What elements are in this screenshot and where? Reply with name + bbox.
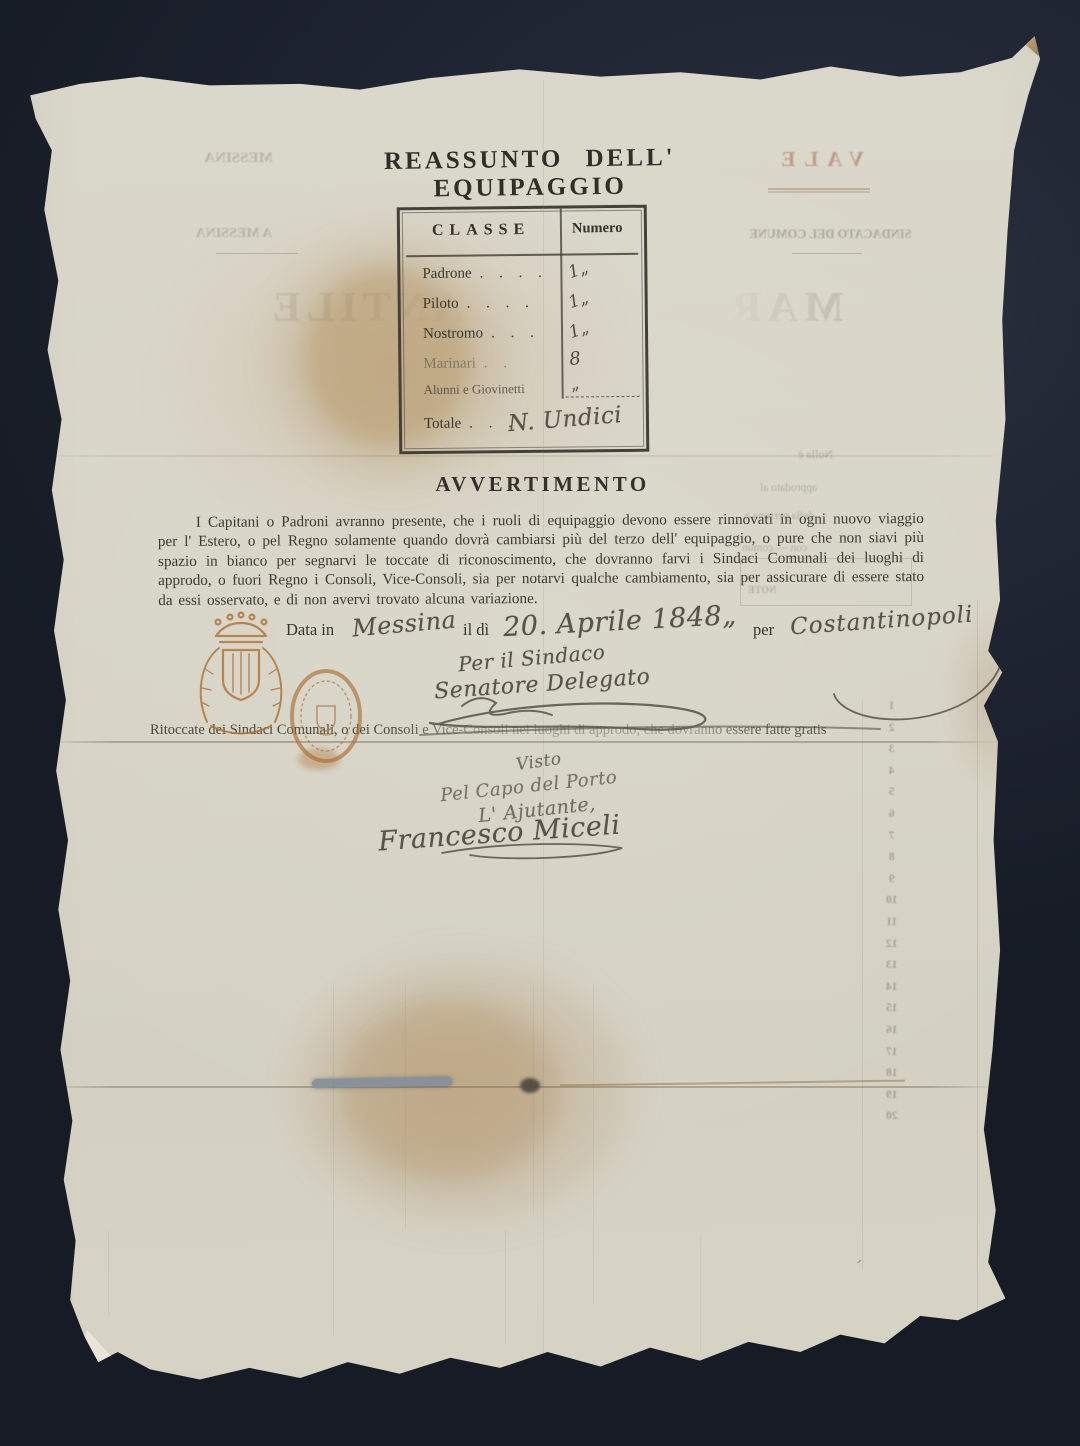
ghost-box <box>740 558 912 606</box>
ghost-table-line <box>593 985 594 1305</box>
ghost-number: 15 <box>886 1002 898 1014</box>
ghost-number: 9 <box>886 873 898 885</box>
ghost-number: 19 <box>886 1089 898 1101</box>
ghost-number: 6 <box>886 808 898 820</box>
ghost-number: 20 <box>886 1110 898 1122</box>
ghost-fragment: approdato al <box>760 482 817 494</box>
ghost-number: 1 <box>886 700 898 712</box>
miceli-flourish <box>442 844 622 858</box>
ghost-number: 17 <box>886 1046 898 1058</box>
paper-sheet: MESSINA VALE A MESSINA SINDACATO DEL COM… <box>0 0 1080 1446</box>
ghost-column-line <box>977 600 978 1330</box>
ghost-number: 2 <box>886 722 898 734</box>
signature-scrawl-loop <box>430 703 705 729</box>
ghost-number: 5 <box>886 786 898 798</box>
photo-of-document: MESSINA VALE A MESSINA SINDACATO DEL COM… <box>0 0 1080 1446</box>
ghost-number: 11 <box>886 916 898 928</box>
ghost-number: 4 <box>886 765 898 777</box>
ghost-margin-numbers: 1 2 3 4 5 6 7 8 9 10 11 12 13 14 15 16 1… <box>886 700 898 1122</box>
ghost-table-line <box>333 985 334 1335</box>
ghost-number: 8 <box>886 851 898 863</box>
ghost-number: 18 <box>886 1067 898 1079</box>
ghost-table-line <box>505 1230 506 1345</box>
ghost-fragment: NOTE <box>748 585 776 596</box>
ghost-column-line <box>862 700 863 1270</box>
ghost-number: 16 <box>886 1024 898 1036</box>
ghost-number: 14 <box>886 981 898 993</box>
ghost-fragment: con — comun <box>742 542 807 554</box>
ghost-number: 10 <box>886 894 898 906</box>
ghost-table-line <box>108 1230 109 1315</box>
ghost-fragment: Nulla è <box>798 447 833 462</box>
ghost-table-line <box>700 1235 701 1355</box>
ghost-number: 3 <box>886 743 898 755</box>
ghost-number: 7 <box>886 830 898 842</box>
ghost-number: 12 <box>886 938 898 950</box>
ghost-number: 13 <box>886 959 898 971</box>
ghost-table-line <box>405 985 406 1230</box>
ink-flourishes <box>0 0 1080 1446</box>
ghost-fragment: della persona a <box>745 510 814 522</box>
ghost-table-line <box>533 985 534 1215</box>
